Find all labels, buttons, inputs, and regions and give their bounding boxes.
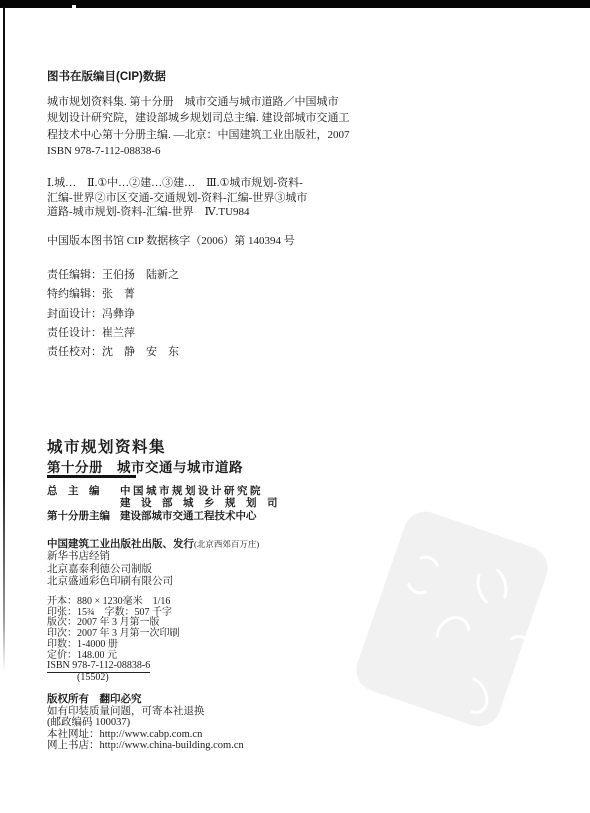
seal-glyph-stroke	[499, 632, 537, 673]
publisher-line: 中国建筑工业出版社出版、发行(北京西郊百万庄)	[47, 538, 259, 551]
publisher-address: (北京西郊百万庄)	[194, 539, 259, 549]
chief-editor-values: 中国城市规划设计研究院 建 设 部 城 乡 规 划 司	[120, 486, 278, 509]
staff-line-responsible-design: 责任设计：崔兰萍	[47, 324, 179, 343]
volume-editor-row: 第十分册主编 建设部城市交通工程技术中心	[47, 511, 278, 523]
copyright-notice-block: 版权所有 翻印必究 如有印装质量问题，可寄本社退换 (邮政编码 100037) …	[47, 694, 244, 752]
printing-specs-block: 开本：880 × 1230毫米 1/16 印张：15¾ 字数：507 千字 版次…	[47, 597, 180, 684]
cip-isbn-line: ISBN 978-7-112-08838-6	[47, 143, 387, 159]
volume-editor-value: 建设部城市交通工程技术中心	[120, 511, 257, 523]
volume-editor-label: 第十分册主编	[47, 511, 120, 523]
cip-record-block: 城市规划资料集. 第十分册 城市交通与城市道路／中国城市 规划设计研究院，建设部…	[47, 94, 387, 160]
cip-class-line: 道路-城市规划-资料-汇编-世界 Ⅳ.TU984	[47, 205, 387, 220]
cip-record-line: 城市规划资料集. 第十分册 城市交通与城市道路／中国城市	[47, 94, 387, 110]
chief-editor-value: 建 设 部 城 乡 规 划 司	[120, 498, 278, 510]
book-title: 城市规划资料集	[47, 435, 166, 457]
embossed-seal-watermark	[352, 520, 567, 730]
seal-glyph-stroke	[429, 609, 478, 659]
scan-notch	[72, 5, 76, 8]
seal-glyph-stroke	[472, 562, 512, 610]
seal-body	[350, 506, 553, 733]
distributor-line: 新华书店经销	[47, 551, 259, 563]
publisher-book-code: (15502)	[47, 673, 180, 684]
title-underline	[47, 475, 136, 478]
scan-left-edge	[3, 7, 5, 672]
volume-subtitle: 第十分册 城市交通与城市道路	[47, 456, 243, 476]
cip-header: 图书在版编目(CIP)数据	[47, 68, 166, 84]
printer-line: 北京盛通彩色印刷有限公司	[47, 576, 259, 588]
chief-editor-label: 总 主 编	[47, 486, 120, 498]
cip-record-line: 规划设计研究院，建设部城乡规划司总主编. 建设部城市交通工	[47, 110, 387, 126]
spec-printrun-line: 印数：1-4000 册	[47, 640, 180, 651]
seal-glyph-stroke	[400, 550, 446, 600]
rights-reserved-line: 版权所有 翻印必究	[47, 694, 244, 706]
scan-top-bar	[0, 0, 590, 8]
cip-registry-line: 中国版本图书馆 CIP 数据核字（2006）第 140394 号	[47, 232, 295, 248]
return-policy-line: 如有印装质量问题，可寄本社退换	[47, 706, 244, 718]
seal-glyph-stroke	[449, 670, 495, 720]
cip-class-line: Ⅰ.城… Ⅱ.①中…②建…③建… Ⅲ.①城市规划-资料-	[47, 176, 387, 191]
cip-record-line: 程技术中心第十分册主编. —北京：中国建筑工业出版社，2007	[47, 127, 387, 143]
cip-class-line: 汇编-世界②市区交通-交通规划-资料-汇编-世界③城市	[47, 191, 387, 206]
colophon-page: 图书在版编目(CIP)数据 城市规划资料集. 第十分册 城市交通与城市道路／中国…	[0, 0, 590, 813]
postal-code-line: (邮政编码 100037)	[47, 717, 244, 729]
chief-editor-row: 总 主 编 中国城市规划设计研究院 建 设 部 城 乡 规 划 司	[47, 486, 278, 509]
cip-classification-block: Ⅰ.城… Ⅱ.①中…②建…③建… Ⅲ.①城市规划-资料- 汇编-世界②市区交通-…	[47, 176, 387, 220]
publisher-website-line: 本社网址：http://www.cabp.com.cn	[47, 729, 244, 741]
publisher-name: 中国建筑工业出版社出版、发行	[47, 538, 194, 550]
platemaker-line: 北京嘉泰利德公司制版	[47, 564, 259, 576]
staff-credits-block: 责任编辑：王伯扬 陆新之 特约编辑：张 菁 封面设计：冯彝诤 责任设计：崔兰萍 …	[47, 266, 179, 362]
staff-line-cover-design: 封面设计：冯彝诤	[47, 305, 179, 324]
online-store-line: 网上书店：http://www.china-building.com.cn	[47, 740, 244, 752]
editors-in-chief-block: 总 主 编 中国城市规划设计研究院 建 设 部 城 乡 规 划 司 第十分册主编…	[47, 486, 278, 525]
staff-line-responsible-editor: 责任编辑：王伯扬 陆新之	[47, 266, 179, 285]
publisher-block: 中国建筑工业出版社出版、发行(北京西郊百万庄) 新华书店经销 北京嘉泰利德公司制…	[47, 538, 259, 589]
staff-line-special-editor: 特约编辑：张 菁	[47, 285, 179, 304]
staff-line-proofreaders: 责任校对：沈 静 安 东	[47, 343, 179, 362]
chief-editor-value: 中国城市规划设计研究院	[120, 486, 278, 498]
